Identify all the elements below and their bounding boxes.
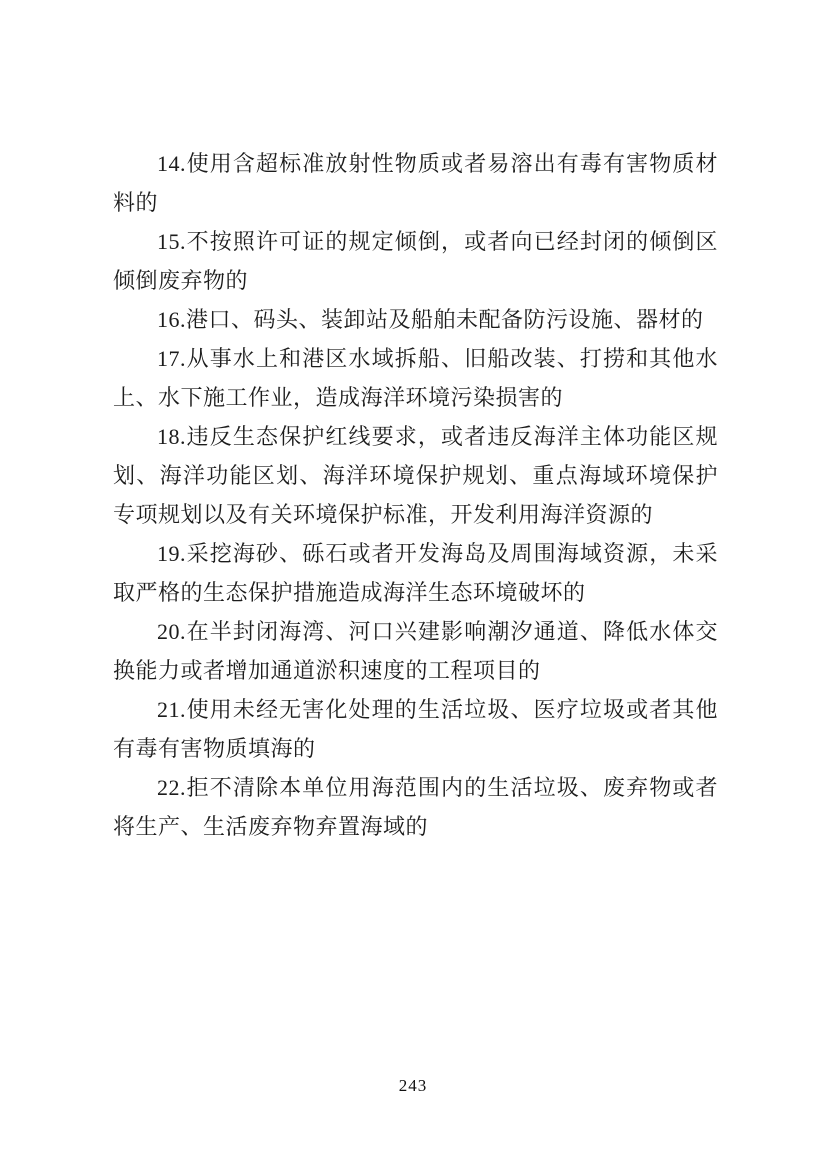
page-number: 243 (0, 1076, 826, 1096)
list-item-14: 14.使用含超标准放射性物质或者易溶出有毒有害物质材料的 (113, 144, 718, 222)
list-item-18: 18.违反生态保护红线要求，或者违反海洋主体功能区规划、海洋功能区划、海洋环境保… (113, 417, 718, 534)
list-item-21: 21.使用未经无害化处理的生活垃圾、医疗垃圾或者其他有毒有害物质填海的 (113, 690, 718, 768)
list-item-22: 22.拒不清除本单位用海范围内的生活垃圾、废弃物或者将生产、生活废弃物弃置海域的 (113, 768, 718, 846)
list-item-17: 17.从事水上和港区水域拆船、旧船改装、打捞和其他水上、水下施工作业，造成海洋环… (113, 339, 718, 417)
list-item-16: 16.港口、码头、装卸站及船舶未配备防污设施、器材的 (113, 300, 718, 339)
document-body: 14.使用含超标准放射性物质或者易溶出有毒有害物质材料的 15.不按照许可证的规… (113, 144, 718, 846)
list-item-19: 19.采挖海砂、砾石或者开发海岛及周围海域资源，未采取严格的生态保护措施造成海洋… (113, 534, 718, 612)
list-item-15: 15.不按照许可证的规定倾倒，或者向已经封闭的倾倒区倾倒废弃物的 (113, 222, 718, 300)
list-item-20: 20.在半封闭海湾、河口兴建影响潮汐通道、降低水体交换能力或者增加通道淤积速度的… (113, 612, 718, 690)
document-page: 14.使用含超标准放射性物质或者易溶出有毒有害物质材料的 15.不按照许可证的规… (0, 0, 826, 1169)
